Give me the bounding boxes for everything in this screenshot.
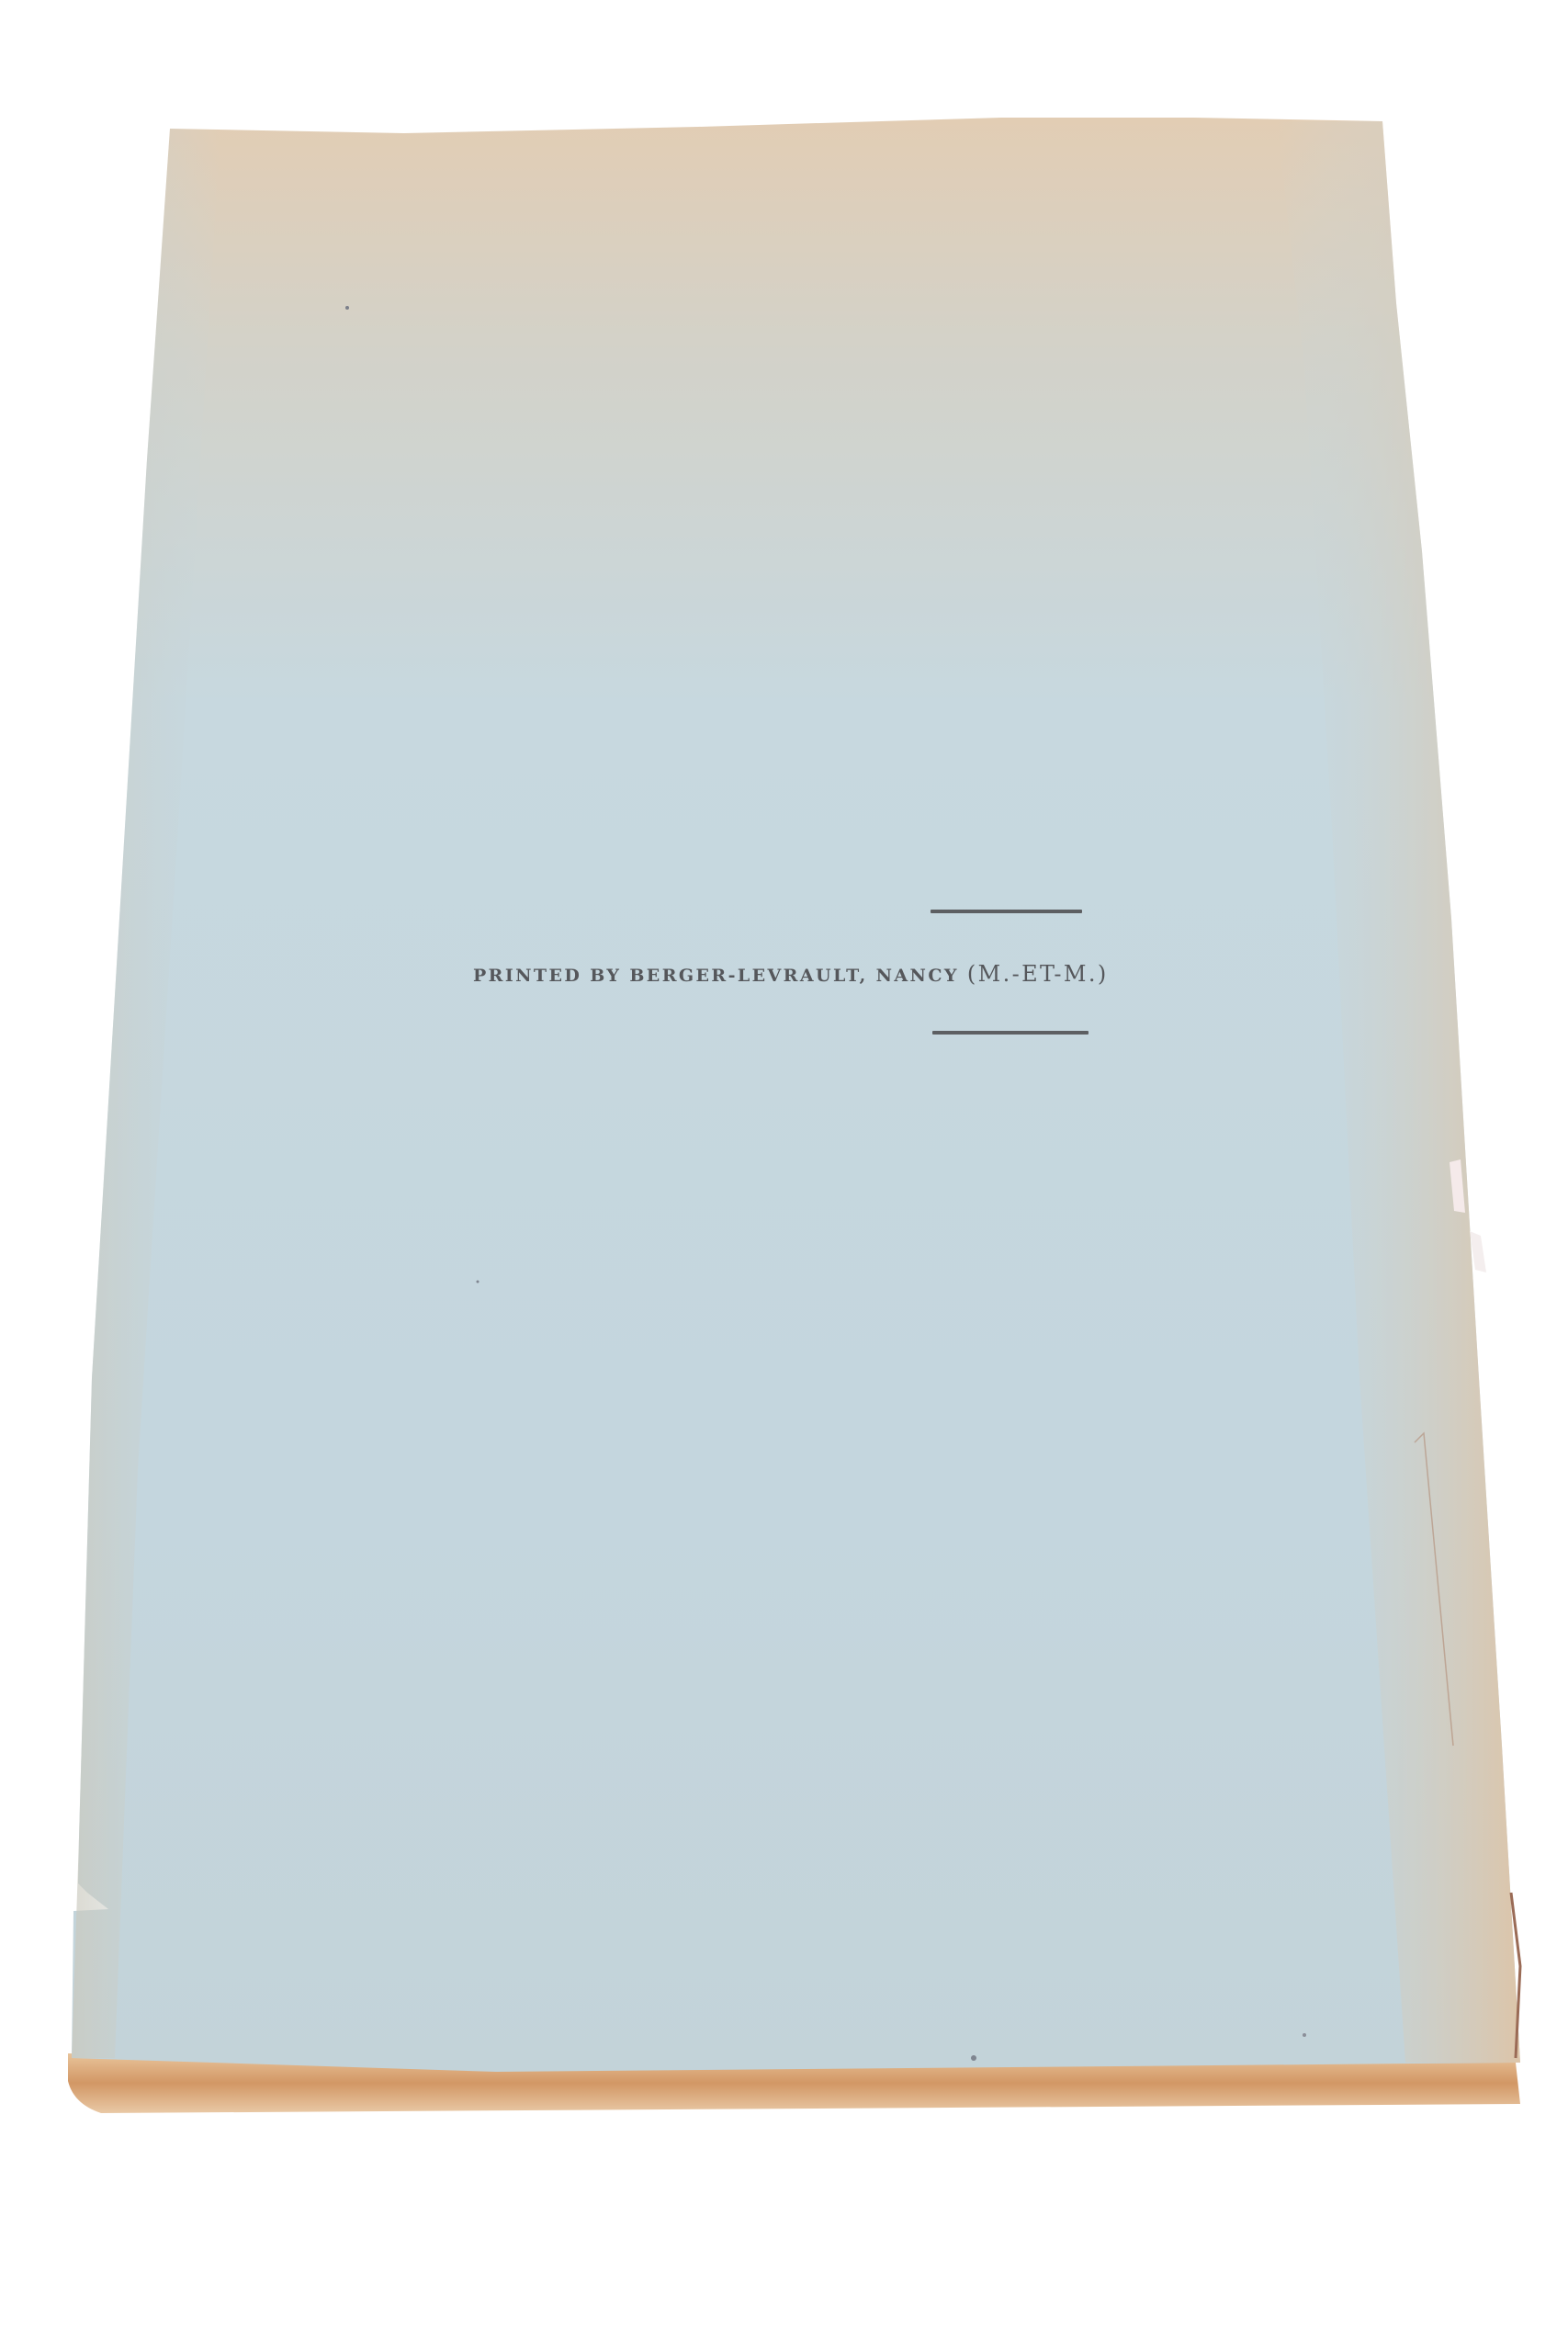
rule-top	[931, 910, 1082, 913]
imprint-location-abbrev: (M.-ET-M.)	[967, 961, 1109, 987]
pamphlet-illustration	[0, 0, 1568, 2352]
photo-scene: PRINTED BY BERGER-LEVRAULT, NANCY (M.-ET…	[0, 0, 1568, 2352]
imprint-main-text: PRINTED BY BERGER-LEVRAULT, NANCY	[473, 966, 967, 986]
imprint-block: PRINTED BY BERGER-LEVRAULT, NANCY (M.-ET…	[0, 910, 1568, 1035]
printer-imprint: PRINTED BY BERGER-LEVRAULT, NANCY (M.-ET…	[473, 961, 1568, 987]
cover	[72, 118, 1520, 2072]
rule-bottom	[932, 1031, 1089, 1035]
